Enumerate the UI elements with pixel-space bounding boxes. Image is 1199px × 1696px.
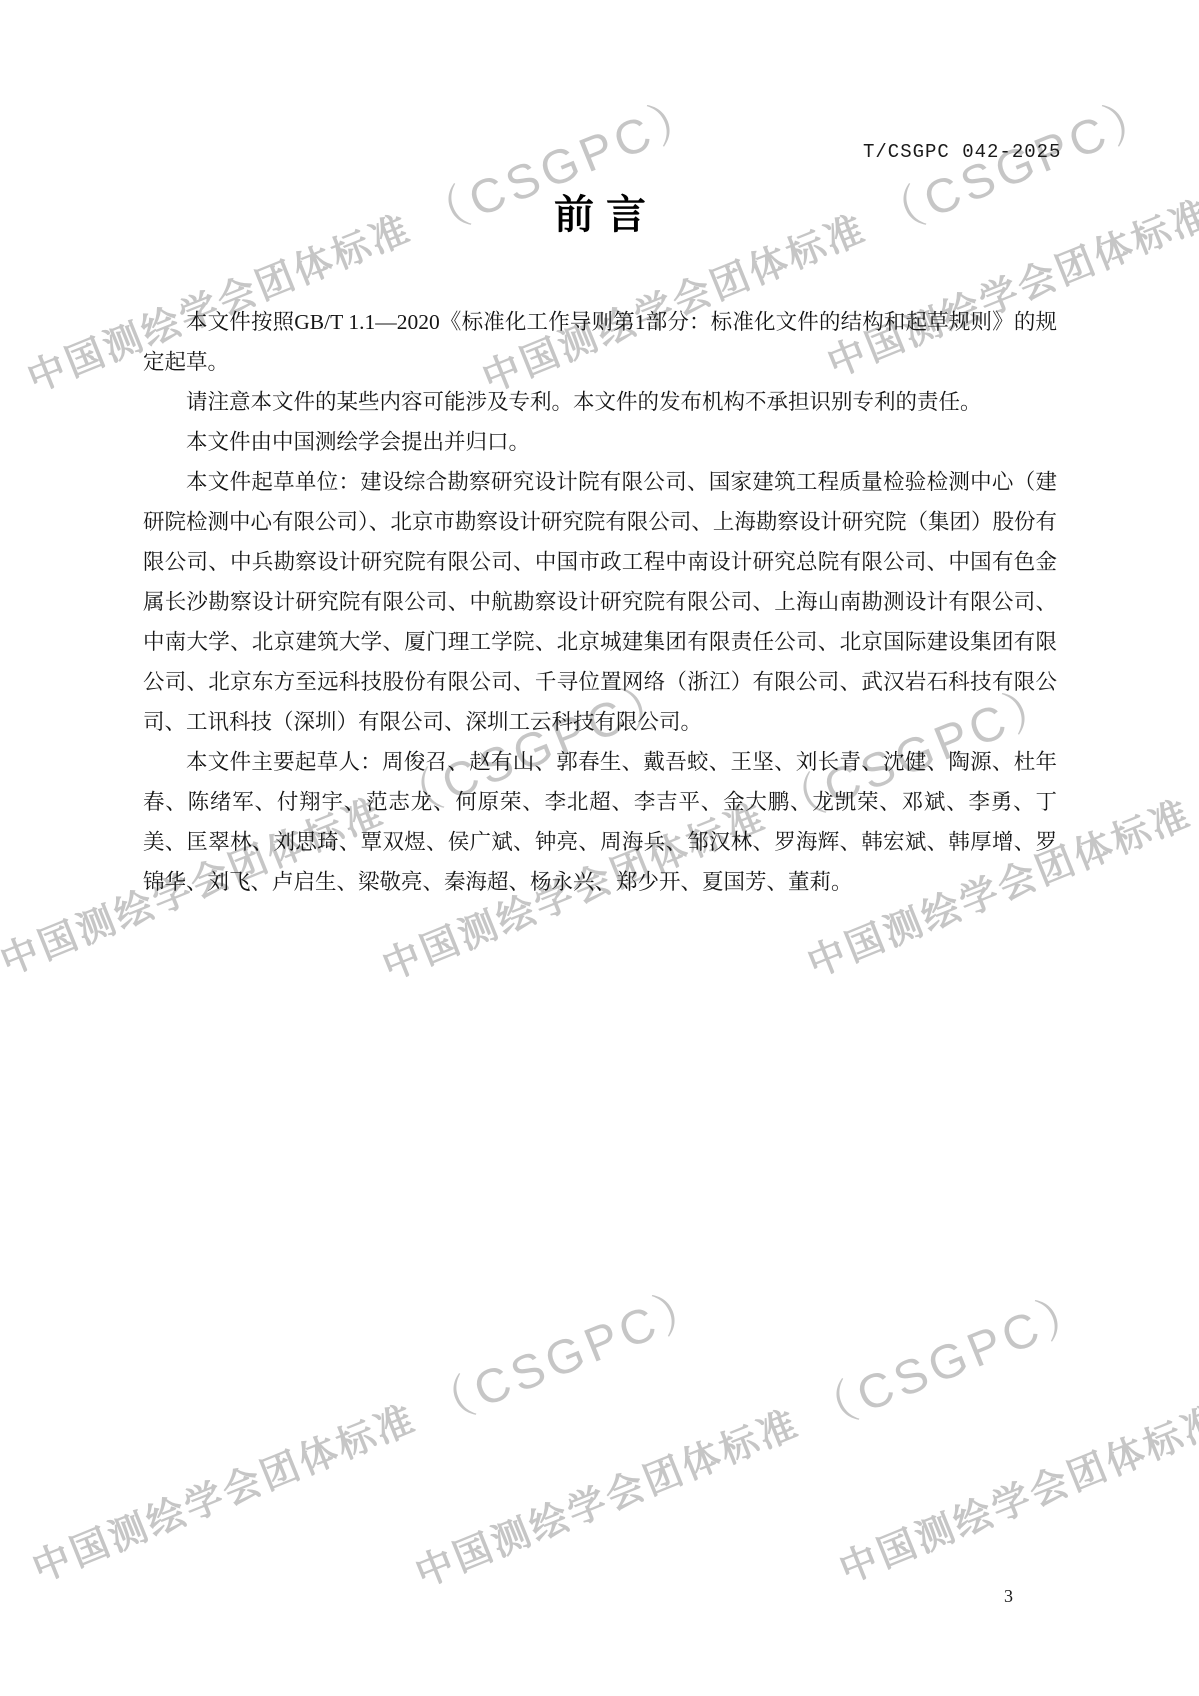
foreword-body: 本文件按照GB/T 1.1—2020《标准化工作导则第1部分：标准化文件的结构和… [143, 302, 1057, 902]
standard-number-header: T/CSGPC 042-2025 [863, 141, 1061, 163]
page-number: 3 [1004, 1586, 1013, 1607]
paragraph: 请注意本文件的某些内容可能涉及专利。本文件的发布机构不承担识别专利的责任。 [143, 382, 1057, 422]
page-title: 前言 [143, 183, 1057, 240]
paragraph: 本文件主要起草人：周俊召、赵有山、郭春生、戴吾蛟、王坚、刘长青、沈健、陶源、杜年… [143, 742, 1057, 902]
document-content: T/CSGPC 042-2025 前言 本文件按照GB/T 1.1—2020《标… [0, 0, 1199, 1696]
document-page: 中国测绘学会团体标准 （CSGPC）中国测绘学会团体标准 （CSGPC）中国测绘… [0, 0, 1199, 1696]
paragraph: 本文件由中国测绘学会提出并归口。 [143, 422, 1057, 462]
paragraph: 本文件起草单位：建设综合勘察研究设计院有限公司、国家建筑工程质量检验检测中心（建… [143, 462, 1057, 742]
paragraph: 本文件按照GB/T 1.1—2020《标准化工作导则第1部分：标准化文件的结构和… [143, 302, 1057, 382]
